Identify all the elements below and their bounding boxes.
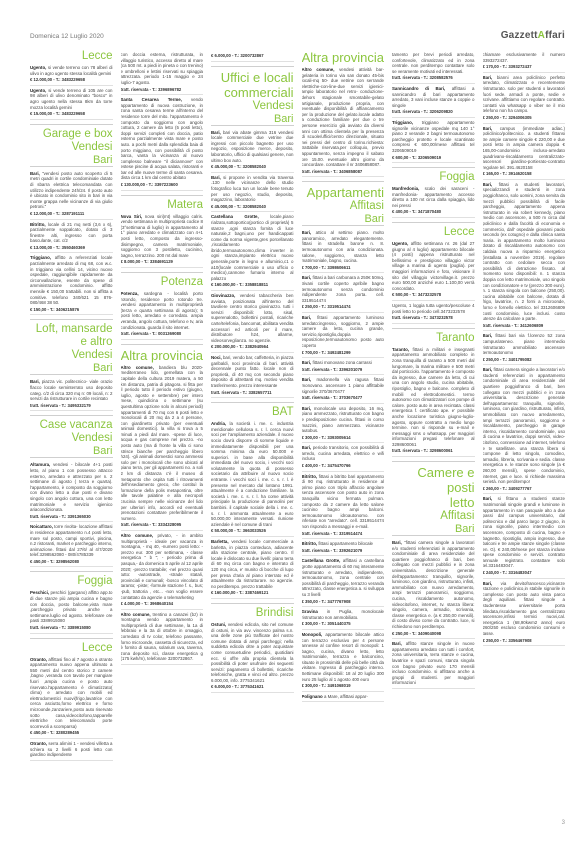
classified-ad: Manfredonia, scalo dei saraceni -manfred… [392, 184, 475, 218]
ad-price-phone: tratt. riservata - T.: 3208582576 [392, 75, 475, 81]
ad-price-phone: € 240,00 - T.: 3316483047 [483, 570, 566, 576]
ad-location: Bari, [483, 367, 493, 372]
classified-ad: Bitritto, fittasi a bitritto bari appart… [302, 472, 385, 540]
section-heading: commerciali [211, 85, 294, 100]
ad-location: Ugento, [392, 241, 408, 246]
ad-price-phone: € 6.000,00 - T.: 3775341621 [211, 684, 294, 690]
ad-location: Bitritto, [302, 474, 318, 479]
ad-price-phone: tratt. riservata - T.: 3334328095 [121, 522, 204, 528]
city-heading: Bari [30, 362, 113, 375]
ad-location: Ugento, [30, 65, 46, 70]
ad-price-phone: tratt. riservata - T.: 3412606809 [483, 323, 566, 329]
ad-price-phone: tratt. riservata - T.: 3382657711 [211, 390, 294, 396]
ad-text: peschici (gargano) affitto app.to di due… [30, 590, 113, 623]
ad-price-phone: € 260,00 - T.: 3409277767 [483, 486, 566, 492]
ad-price-phone: € 8.000,00 - T.: 3384691129 [121, 259, 204, 265]
classified-ad: Ugento, 1 loggia tutta ugento/pescoluse … [392, 301, 475, 324]
ad-text: vendesi locale commerciale a barletta, i… [211, 539, 294, 589]
classified-ad: Bari, affitto stanze singole in nuovo ap… [392, 639, 475, 689]
ad-text: vendesi edicola, sito nel comune di ostu… [211, 622, 294, 683]
ad-text: fittasi a militari e insegnanti appartam… [392, 347, 475, 447]
ad-location: Noicattaro, [30, 524, 53, 529]
ad-price-phone: € 450,00 - T.: 3280289455 [30, 730, 113, 736]
ad-price-phone: € 12.000,00 - T.: 3483229658 [30, 77, 113, 83]
classified-ad: Bari, attico al settimo piano. molto pan… [302, 228, 385, 273]
classified-ad: Bari, campus (immediate adiac.) policlin… [483, 124, 566, 180]
ad-text: con doccia esterna, ristrutturata, in vi… [121, 52, 204, 85]
city-heading: Bari [30, 154, 113, 167]
ad-text: vendesi - bilocale 4+1 posti letto, al p… [30, 462, 113, 512]
ad-price-phone: € 400,00 - T.: 3475470766 [302, 463, 385, 469]
section-heading: Vendesi [30, 432, 113, 445]
ad-location: Bari, [302, 445, 312, 450]
column-3: € 6.000,00 - T.: 3200732867Uffici e loca… [211, 50, 294, 820]
ad-location: Bari, [483, 496, 493, 501]
ad-text: si propone in vendita via traversa .130 … [211, 175, 294, 202]
ad-text: fittasi a studenti lavoratori, specializ… [483, 182, 566, 321]
classified-ad: Ostuni, vendesi edicola, sito nel comune… [211, 620, 294, 693]
classified-ad: Bari, periodo transitorio, con possibili… [302, 443, 385, 471]
ad-price-phone: € 50.000,00 - T.: 3663033526 [211, 528, 294, 534]
city-heading: Bari [30, 445, 113, 458]
section-heading: Garage e box [30, 124, 113, 141]
classified-ad: Bari, fittasi camera singole a lavorator… [483, 365, 566, 494]
ad-location: Altro comune, [121, 612, 151, 617]
ad-text: chiamare esclusivamente il numero 339327… [483, 52, 566, 63]
ad-price-phone: tratt. riservata - T.: 3391365030 [30, 514, 113, 520]
ad-price-phone: € 700,00 - T.: 3492481299 [302, 350, 385, 356]
classified-ad: Peschici, peschici (gargano) affitto app… [30, 588, 113, 633]
ad-location: Gravina [302, 609, 318, 614]
ad-text: campus (immediate adiac.) policlinico/po… [483, 126, 566, 170]
ad-price-phone: € 6.000,00 - T.: 3200732867 [211, 53, 294, 59]
ad-location: Altro comune, [121, 533, 154, 538]
classified-ad: Gravina in Puglia, monolocale ristruttur… [302, 607, 385, 630]
classified-ad: chiamare esclusivamente il numero 339327… [483, 50, 566, 73]
ad-location: Ostuni, [211, 622, 226, 627]
ad-text: triggiano appartamento signorile vicinan… [392, 120, 475, 153]
ad-price-phone: € 300,00 - T.: 3051440375 [302, 621, 385, 627]
ad-price-phone: € 170,00 - T.: 3393272437 [483, 64, 566, 70]
ad-price-phone: € 250,00 - T.: 3401795082 [483, 357, 566, 363]
ad-price-phone: € 4.000,00 - T.: 3968640154 [121, 601, 204, 607]
column-2: con doccia esterna, ristrutturata, in vi… [121, 50, 204, 820]
ad-price-phone: € 250,00 - T.: 3356467908 [483, 638, 566, 644]
ad-location: Barletta, [211, 539, 229, 544]
columns-container: LecceUgento, si vende terreno con 78 alb… [30, 50, 565, 820]
ad-location: Bitritto, [302, 541, 318, 546]
ad-text: fittasi camera singole a lavoratori e/o … [483, 367, 566, 484]
ad-price-phone: tratt. riservata - T.: 3392621079 [302, 548, 385, 554]
section-heading: Affitasi [302, 200, 385, 213]
ad-text: fittasi appartamento bilocale [317, 541, 373, 546]
ad-price-phone: € 600,00 - T.: 3206509019 [392, 155, 475, 161]
classified-ad: Altro comune, trentino a canazei (bz) in… [121, 610, 204, 665]
ad-location: Bari, [211, 130, 221, 135]
section-heading: Lecce [30, 50, 113, 63]
ad-price-phone: tratt. riservata - T.: 3396896782 [121, 87, 204, 93]
ad-price-phone: € 500,00 - T.: 3473232578 [392, 292, 475, 298]
ad-text: locale,piano rialzato,sottoportico(porti… [211, 214, 294, 281]
classified-ad: Taranto, fittasi a militari e insegnanti… [392, 345, 475, 457]
ad-text: bianni area policlinico perfetto arredat… [483, 75, 566, 114]
ad-text: fittasi monovano zona carrassi [311, 360, 372, 365]
ad-location: Bari, [302, 360, 312, 365]
section-heading: letto [392, 495, 475, 510]
ad-text: fittasi a bari carbonara a 250€ 50mq. tr… [302, 275, 385, 302]
ad-location: Triggiano, [392, 120, 413, 125]
ad-price-phone: tratt. riservata - T.: 3703670477 [302, 395, 385, 401]
ad-text: madonnella via ragusa fittasi monovano. … [302, 377, 385, 393]
ad-text: affittasi a castellana grotte appartamen… [302, 558, 385, 597]
ad-text: periodo transitorio, con possibilità di … [302, 445, 385, 461]
ad-location: Peschici, [30, 590, 49, 595]
city-heading: Bari [392, 523, 475, 536]
classified-ad: Barletta, vendesi locale commerciale a b… [211, 537, 294, 599]
classified-ad: Noicattaro, torre rivolta- locazione aff… [30, 522, 113, 567]
column-1: LecceUgento, si vende terreno con 78 alb… [30, 50, 113, 820]
section-heading: Lecce [392, 222, 475, 239]
classified-ad: Castellana Grotte, locale,piano rialzato… [211, 212, 294, 291]
ad-price-phone: € 400,00 - T.: 3471870480 [392, 209, 475, 215]
ad-location: Santa Cesarea Terme, [121, 97, 182, 102]
classified-ad: Altro comune, vendesi attività bar-gelat… [302, 65, 385, 177]
classified-ad: Nova Siri, nova siri(mt) villaggio calri… [121, 212, 204, 268]
ad-text: fittasi a bitritto bari appartamento di … [302, 474, 385, 529]
city-heading: Bari [302, 213, 385, 226]
ad-price-phone: € 130.000,00 - T.: 3397223600 [121, 182, 204, 188]
ad-location: Giovinazzo, [211, 293, 235, 298]
section-heading: BAT [211, 402, 294, 419]
section-heading: Affitasi [392, 510, 475, 523]
classified-ad: Bari, fittasi a studenti lavoratori, spe… [483, 180, 566, 331]
ad-price-phone: tratt. riservata - T.: 3298600061 [392, 448, 475, 454]
ad-text: trentino a canazei (bz) in montagna vend… [121, 612, 204, 662]
classified-ad: Ugento, affitto settimana nr. 26 (dal 27… [392, 239, 475, 301]
section-heading: Vendesi [30, 349, 113, 362]
ad-location: Bari, [302, 275, 312, 280]
classified-ad: Bari, "vendesi posto auto scoperto di 5 … [30, 169, 113, 220]
ad-price-phone: € 450,00 - T.: 3298562080 [30, 559, 113, 565]
section-heading: Case vacanza [30, 415, 113, 432]
ad-price-phone: € 700,00 - T.: 3398606611 [302, 265, 385, 271]
ad-price-phone: € 12.000,00 - T.: 3287191111 [30, 211, 113, 217]
ad-price-phone: tratt. riservata - T.: 0031369080 [121, 331, 204, 337]
ad-location: Triggiano, [30, 255, 51, 260]
ad-text: si fittano a studenti stanze matrimonial… [483, 496, 566, 568]
ad-text: la società i. me. c. industria meridiona… [211, 421, 294, 527]
classified-ad: Altro comune, bandiera blu 2020- mediter… [121, 363, 204, 531]
classified-ad: tamento per brevi periodi arredato, conf… [392, 50, 475, 84]
ad-location: Polignano [302, 694, 323, 699]
city-heading: Bari [211, 113, 294, 126]
ad-price-phone: € 350,00 - T.: 3477767908 [302, 599, 385, 605]
ad-location: Bari, [483, 581, 493, 586]
ad-price-phone: € 160.000,00 - T.: 3387469121 [211, 590, 294, 596]
ad-price-phone: tratt. riservata - T.: 3406858087 [302, 169, 385, 175]
ad-text: appartamento bilocale attico con terrazz… [302, 632, 385, 682]
section-heading: Vendesi [211, 100, 294, 113]
ad-text: monolocale uso deposito, 16 mq, piano am… [302, 406, 385, 433]
classified-ad: Ugento, si vende terreno di 105 are con … [30, 86, 113, 120]
ad-text: attico al settimo piano. molto panoramic… [302, 230, 385, 263]
ad-price-phone: € 45.000,00 - T.: 3208582040 [211, 164, 294, 170]
classified-ad: Triggiano, affitto a referenziati locale… [30, 253, 113, 315]
ad-location: Bari, [392, 540, 402, 545]
ad-location: Potenza, [121, 291, 139, 296]
ad-text: affittasi fino al 7 agosto a otranto app… [30, 657, 113, 729]
ad-location: Sannicandro di Bari, [392, 86, 445, 91]
ad-price-phone: tratt. riservata - T.: 3495332179 [30, 403, 113, 409]
classified-ad: Altro comune, privato, - in ambito multi… [121, 531, 204, 610]
ad-text: bandiera blu 2020- mediterraneo lido, ge… [121, 365, 204, 521]
classified-ad: Bari, bianni area policlinico perfetto a… [483, 73, 566, 124]
ad-text: affitto settimana nr. 26 (dal 27 giugno … [392, 241, 475, 291]
classified-ad: Bitritto, fittasi appartamento bilocalet… [302, 539, 385, 556]
ad-text: Ugento, 1 loggia tutta ugento/pescoluse … [392, 303, 475, 314]
ad-price-phone: tratt. riservata - T.: 3319514474 [302, 531, 385, 537]
classified-ad: Bitritto, locale di 21 mq netti (3,6 x 6… [30, 220, 113, 254]
section-heading: Altra provincia [302, 50, 385, 65]
section-heading: Taranto [392, 328, 475, 345]
ad-location: Nova Siri, [121, 214, 143, 219]
ad-location: Bari, [30, 171, 40, 176]
classified-ad: Sannicandro di Bari, affittasi a sannica… [392, 84, 475, 118]
classified-ad: Bari, fittasi appartamento luminoso arre… [302, 313, 385, 358]
ad-text: "fittasi camera singole a lavoratori e/o… [392, 540, 475, 629]
ad-location: Bari, [483, 333, 493, 338]
classified-ad: Bari, madonnella via ragusa fittasi mono… [302, 375, 385, 403]
classified-ad: Castellana Grotte, affittasi a castellan… [302, 556, 385, 607]
ad-text: fittasi bari via f.lorenzo 52 zona campu… [483, 333, 566, 355]
newspaper-page: Domenica 12 Luglio 2020 GazzettAffari Le… [0, 0, 580, 841]
ad-text: vendo appartamento di nuova costruzione,… [121, 97, 204, 180]
ad-location: Altro comune, [121, 365, 154, 370]
ad-location: Andria, [211, 421, 226, 426]
section-heading: Vendesi [30, 141, 113, 154]
ad-location: Bari, [211, 175, 221, 180]
ad-text: affitto stanze singole in nuovo appartam… [392, 641, 475, 685]
classified-ad: Polignano a Mare, affittasi appar- [302, 692, 385, 703]
classified-ad: Bari, via devitofrancesco,vicinanze staz… [483, 579, 566, 647]
ad-text: via devitofrancesco,vicinanze stazione e… [483, 581, 566, 636]
ad-location: Taranto, [392, 347, 409, 352]
page-header: Domenica 12 Luglio 2020 GazzettAffari [30, 30, 565, 46]
page-number: 3 [562, 820, 565, 826]
ad-location: Castellana Grotte, [302, 558, 341, 563]
ad-location: Bari, [392, 641, 402, 646]
classified-ad: Noci, bari, vendo bar, caffetteria, in p… [211, 353, 294, 398]
section-heading: Camere e posti [392, 461, 475, 495]
ad-price-phone: tratt. riservata - T.: 3396201079 [302, 367, 385, 373]
issue-date: Domenica 12 Luglio 2020 [30, 33, 104, 40]
section-heading: Matera [121, 195, 204, 212]
classified-ad: Otranto, affittasi fino al 7 agosto a ot… [30, 655, 113, 739]
ad-text: torre rivolta- locazione affittasi in re… [30, 524, 113, 557]
section-heading: e altro [30, 336, 113, 349]
ad-price-phone: tratt. riservata - T.: 3473232578 [392, 315, 475, 321]
classified-ad: Bari, fittasi monovano zona carrassitrat… [302, 358, 385, 375]
ad-location: Altro comune, [302, 67, 335, 72]
classified-ad: Santa Cesarea Terme, vendo appartamento … [121, 95, 204, 191]
section-heading: Appartamenti [302, 181, 385, 200]
classified-ad: Giovinazzo, vendesi tabaccheria ben avvi… [211, 291, 294, 353]
ad-text: a Mare, affittasi appar- [323, 694, 368, 699]
classified-ad: Bari, fittasi a bari carbonara a 250€ 50… [302, 273, 385, 313]
ad-location: Manfredonia, [392, 186, 419, 191]
ad-location: Bitritto, [30, 222, 46, 227]
section-heading: Loft, mansarde [30, 319, 113, 336]
ad-text: piazza vic. politecnico- viale orazio fl… [30, 379, 113, 401]
ad-price-phone: € 250,00 - T.: 3409040098 [392, 631, 475, 637]
ad-text: affitto a referenziati locale parzialmen… [30, 255, 113, 305]
ad-price-phone: € 250,00 - T.: 3319514474 [302, 304, 385, 310]
ad-text: "vendesi posto auto scoperto di 5 metri … [30, 171, 113, 210]
section-heading: Altra provincia [121, 344, 204, 363]
classified-ad: Monopoli, appartamento bilocale attico c… [302, 630, 385, 692]
ad-price-phone: tratt. riservata - T.: 3206209820 [392, 109, 475, 115]
classified-ad: con doccia esterna, ristrutturata, in vi… [121, 50, 204, 95]
column-4: Altra provinciaAltro comune, vendesi att… [302, 50, 385, 820]
ad-price-phone: € 15.000,00 - T.: 3483229658 [30, 111, 113, 117]
ad-location: Bari, [302, 230, 312, 235]
section-heading: Foggia [30, 571, 113, 588]
ad-price-phone: tratt. riservata - T.: 3389915080 [30, 625, 113, 631]
ad-price-phone: € 200.000,00 - T.: 3382940564 [211, 344, 294, 350]
ad-text: fittasi appartamento luminoso arredato:i… [302, 315, 385, 348]
section-heading: Lecce [30, 638, 113, 655]
ad-price-phone: € 13.000,00 - T.: 3550460369 [30, 245, 113, 251]
ad-location: Otranto, [30, 741, 47, 746]
section-heading: Brindisi [211, 603, 294, 620]
classified-ad: Bari, si propone in vendita via traversa… [211, 173, 294, 213]
section-heading: Potenza [121, 272, 204, 289]
classified-ad: Bari, si fittano a studenti stanze matri… [483, 494, 566, 578]
ad-location: Bari, [483, 75, 493, 80]
classified-ad: Altamura, vendesi - bilocale 4+1 posti l… [30, 460, 113, 522]
classified-ad: Triggiano, triggiano appartamento signor… [392, 118, 475, 163]
classified-ad: Bari, bari via abate gimma 316 vendesi l… [211, 128, 294, 173]
ad-location: Bari, [302, 406, 312, 411]
classified-ad: Bari, monolocale uso deposito, 16 mq, pi… [302, 404, 385, 444]
ad-location: Noci, [211, 355, 222, 360]
ad-text: privato, - in ambito multiproprietà - id… [121, 533, 204, 600]
ad-text: bari via abate gimma 316 vendesi locale … [211, 130, 294, 163]
classified-ad: Potenza, sardegna - località porto roton… [121, 289, 204, 340]
section-heading: Uffici e locali [211, 66, 294, 85]
section-heading: Foggia [392, 167, 475, 184]
ad-location: Bari, [30, 379, 40, 384]
classified-ad: Bari, fittasi bari via f.lorenzo 52 zona… [483, 331, 566, 365]
classified-ad: Otranto, serra alimini 1 - vendesi ville… [30, 739, 113, 761]
classified-ad: Ugento, si vende terreno con 78 alberi d… [30, 63, 113, 86]
ad-text: bari, vendo bar, caffetteria, in piazza … [211, 355, 294, 388]
ad-price-phone: € 300,00 - T.: 3393005614 [302, 435, 385, 441]
ad-location: Ugento, [30, 88, 46, 93]
ad-text: tamento per brevi periodi arredato, conf… [392, 52, 475, 74]
ad-location: Bari, [483, 126, 493, 131]
ad-location: Otranto, [30, 657, 47, 662]
ad-location: Bari, [302, 377, 312, 382]
ad-location: Castellana Grotte, [211, 214, 259, 219]
ad-price-phone: € 165,00 - T.: 3914620158 [483, 171, 566, 177]
ad-location: Bari, [483, 182, 493, 187]
ad-price-phone: € 250,00 - T.: 3294006305 [483, 115, 566, 121]
ad-text: vendesi attività bar-gelateria in torino… [302, 67, 385, 167]
ad-price-phone: € 300,00 - T.: 3491068019 [302, 683, 385, 689]
classified-ad: € 6.000,00 - T.: 3200732867 [211, 50, 294, 62]
brand-logo: GazzettAffari [501, 30, 565, 41]
ad-text: nova siri(mt) villaggio calris. vendo se… [121, 214, 204, 258]
ad-location: Altamura, [30, 462, 50, 467]
column-5: tamento per brevi periodi arredato, conf… [392, 50, 475, 820]
ad-location: Bari, [302, 315, 312, 320]
ad-price-phone: € 160.000,00 - T.: 3358818811 [211, 282, 294, 288]
ad-text: vendesi tabaccheria ben avviata, posizio… [211, 293, 294, 343]
ad-price-phone: € 150,00 - T.: 3406215876 [30, 307, 113, 313]
ad-location: Monopoli, [302, 632, 323, 637]
classified-ad: Bari, piazza vic. politecnico- viale ora… [30, 377, 113, 411]
classified-ad: Andria, la società i. me. c. industria m… [211, 419, 294, 537]
ad-price-phone: € 45.000,00 - T.: 3208582040 [211, 204, 294, 210]
ad-text: sardegna - località porto rotondo, resid… [121, 291, 204, 330]
classified-ad: Bari, "fittasi camera singole a lavorato… [392, 538, 475, 639]
column-6: chiamare esclusivamente il numero 339327… [483, 50, 566, 820]
